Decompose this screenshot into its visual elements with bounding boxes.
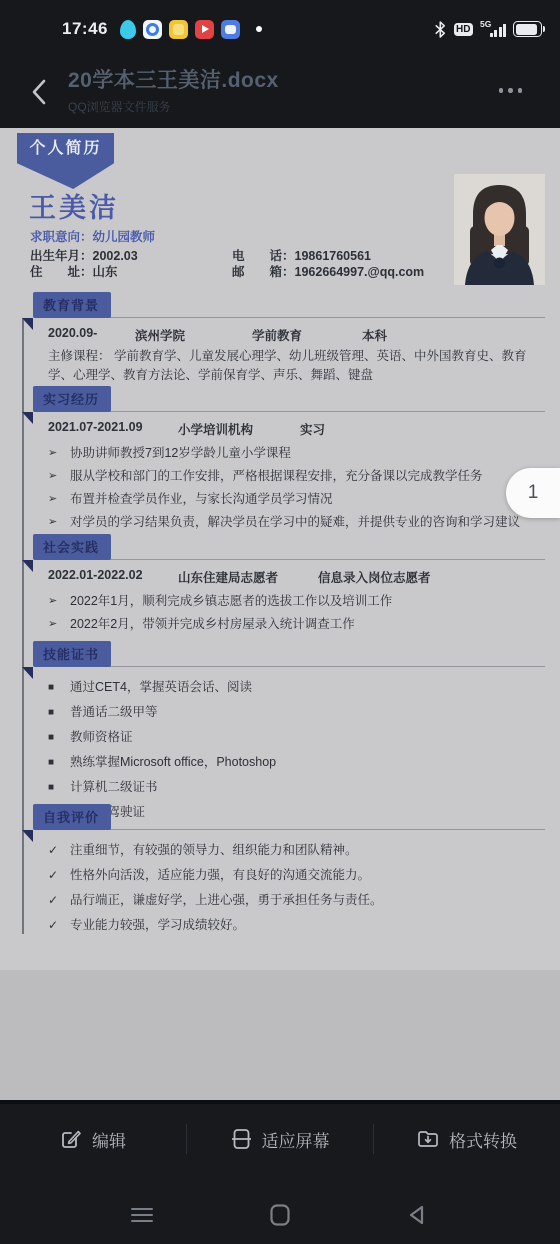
video-play-icon: [195, 20, 214, 39]
bullet-item: ➢2022年1月，顺利完成乡镇志愿者的选拔工作以及培训工作: [48, 590, 545, 613]
edu-degree: 本科: [362, 326, 387, 344]
edit-icon: [60, 1128, 82, 1150]
address-field: 住 址：山东: [30, 265, 232, 281]
contact-info: 出生年月：2002.03 电 话：19861760561 住 址：山东 邮 箱：…: [30, 249, 440, 280]
square-bullet-icon: ■: [48, 775, 70, 800]
section-tag-skills: 技能证书: [33, 641, 111, 667]
section-tag-social: 社会实践: [33, 534, 111, 560]
battery-icon: [513, 21, 542, 37]
section-tag-internship: 实习经历: [33, 386, 111, 412]
intern-date: 2021.07-2021.09: [48, 420, 178, 438]
qq-penguin-icon: [120, 20, 136, 39]
check-bullet-icon: ✓: [48, 838, 70, 863]
internship-body: 2021.07-2021.09 小学培训机构 实习 ➢协助讲师教授7到12岁学龄…: [48, 420, 545, 534]
bullet-item: ➢布置并检查学员作业，与家长沟通学员学习情况: [48, 488, 545, 511]
tag-fold: [22, 560, 33, 572]
intern-org: 小学培训机构: [178, 420, 300, 438]
check-bullet-icon: ✓: [48, 863, 70, 888]
tag-fold: [22, 412, 33, 424]
skill-item: ■普通话二级甲等: [48, 700, 545, 725]
signal-icon: 5G: [480, 20, 506, 39]
fit-screen-button[interactable]: 适应屏幕: [187, 1127, 373, 1152]
yellow-app-icon: [169, 20, 188, 39]
more-menu-button[interactable]: [493, 82, 529, 99]
skills-list: ■通过CET4，掌握英语会话、阅读 ■普通话二级甲等 ■教师资格证 ■熟练掌握M…: [48, 675, 545, 825]
section-tag-education: 教育背景: [33, 292, 111, 318]
arrow-bullet-icon: ➢: [48, 590, 70, 613]
format-convert-icon: [417, 1128, 439, 1150]
fit-screen-label: 适应屏幕: [262, 1127, 330, 1152]
section-head: 教育背景: [33, 294, 545, 320]
service-subtitle: QQ浏览器文件服务: [68, 98, 480, 115]
recents-button[interactable]: [122, 1195, 162, 1235]
social-role: 信息录入岗位志愿者: [318, 568, 431, 586]
back-nav-button[interactable]: [398, 1195, 438, 1235]
edu-courses: 主修课程： 学前教育学、儿童发展心理学、幼儿班级管理、英语、中外国教育史、教育学…: [48, 347, 545, 384]
job-objective: 求职意向：幼儿园教师: [30, 227, 155, 245]
document-page: 个人简历 王美洁 求职意向：幼儿园教师 出生年月：2002.03 电 话：198…: [0, 128, 560, 970]
edu-school: 滨州学院: [135, 326, 252, 344]
evaluation-item: ✓性格外向活泼，适应能力强，有良好的沟通交流能力。: [48, 863, 545, 888]
profile-photo: [454, 174, 545, 285]
arrow-bullet-icon: ➢: [48, 465, 70, 488]
section-head: 社会实践: [33, 536, 545, 562]
edu-major: 学前教育: [252, 326, 362, 344]
back-triangle-icon: [406, 1203, 430, 1227]
edit-label: 编辑: [92, 1127, 126, 1152]
status-right: HD 5G: [434, 12, 542, 46]
format-convert-label: 格式转换: [449, 1127, 517, 1152]
birth-field: 出生年月：2002.03: [30, 249, 232, 265]
app-header: 20学本三王美洁.docx QQ浏览器文件服务: [0, 56, 560, 128]
resume-banner: 个人简历: [17, 133, 114, 189]
square-bullet-icon: ■: [48, 725, 70, 750]
fit-screen-icon: [231, 1128, 252, 1150]
skill-item: ■熟练掌握Microsoft office，Photoshop: [48, 750, 545, 775]
candidate-name: 王美洁: [29, 186, 119, 225]
tag-fold: [22, 667, 33, 679]
square-bullet-icon: ■: [48, 750, 70, 775]
signal-bars: [490, 24, 507, 37]
bullet-item: ➢协助讲师教授7到12岁学龄儿童小学课程: [48, 442, 545, 465]
skill-item: ■通过CET4，掌握英语会话、阅读: [48, 675, 545, 700]
hd-badge: HD: [454, 23, 473, 36]
evaluation-item: ✓注重细节，有较强的领导力、组织能力和团队精神。: [48, 838, 545, 863]
arrow-bullet-icon: ➢: [48, 442, 70, 465]
section-tag-evaluation: 自我评价: [33, 804, 111, 830]
back-button[interactable]: [22, 72, 56, 112]
tag-fold: [22, 830, 33, 842]
phone-field: 电 话：19861760561: [232, 249, 371, 265]
top-bar: 17:46 HD 5G: [0, 0, 560, 128]
edu-date: 2020.09-: [48, 326, 135, 344]
section-rule: [35, 317, 545, 318]
clock: 17:46: [62, 19, 108, 39]
skill-item: ■计算机二级证书: [48, 775, 545, 800]
arrow-bullet-icon: ➢: [48, 511, 70, 534]
home-button[interactable]: [260, 1195, 300, 1235]
notification-icons: [120, 20, 262, 39]
section-head: 实习经历: [33, 388, 545, 414]
menu-icon: [130, 1205, 154, 1225]
info-row: 住 址：山东 邮 箱：1962664997.@qq.com: [30, 265, 440, 281]
intern-role: 实习: [300, 420, 325, 438]
ellipsis-icon: [499, 88, 504, 93]
evaluation-list: ✓注重细节，有较强的领导力、组织能力和团队精神。 ✓性格外向活泼，适应能力强，有…: [48, 838, 545, 938]
message-app-icon: [221, 20, 240, 39]
evaluation-body: ✓注重细节，有较强的领导力、组织能力和团队精神。 ✓性格外向活泼，适应能力强，有…: [48, 838, 545, 938]
bullet-item: ➢服从学校和部门的工作安排，严格根据课程安排，充分备课以完成教学任务: [48, 465, 545, 488]
section-head: 技能证书: [33, 643, 545, 669]
bluetooth-icon: [434, 21, 447, 38]
home-square-icon: [268, 1203, 292, 1227]
tag-fold: [22, 318, 33, 330]
section-rule: [35, 666, 545, 667]
section-rule: [35, 411, 545, 412]
social-org: 山东住建局志愿者: [178, 568, 318, 586]
evaluation-item: ✓专业能力较强，学习成绩较好。: [48, 913, 545, 938]
skills-body: ■通过CET4，掌握英语会话、阅读 ■普通话二级甲等 ■教师资格证 ■熟练掌握M…: [48, 675, 545, 825]
arrow-bullet-icon: ➢: [48, 613, 70, 636]
social-bullets: ➢2022年1月，顺利完成乡镇志愿者的选拔工作以及培训工作 ➢2022年2月，带…: [48, 590, 545, 636]
edit-button[interactable]: 编辑: [0, 1127, 186, 1152]
bullet-item: ➢2022年2月，带领并完成乡村房屋录入统计调查工作: [48, 613, 545, 636]
section-social: 社会实践 2022.01-2022.02 山东住建局志愿者 信息录入岗位志愿者 …: [0, 536, 560, 636]
skill-item: ■教师资格证: [48, 725, 545, 750]
section-head: 自我评价: [33, 806, 545, 832]
chevron-left-icon: [31, 78, 47, 106]
document-title: 20学本三王美洁.docx: [68, 64, 480, 94]
section-rule: [35, 829, 545, 830]
section-education: 教育背景 2020.09- 滨州学院 学前教育 本科 主修课程： 学前教育学、儿…: [0, 294, 560, 384]
evaluation-item: ✓品行端正，谦虚好学，上进心强，勇于承担任务与责任。: [48, 888, 545, 913]
navigation-bar: [0, 1192, 560, 1238]
education-body: 2020.09- 滨州学院 学前教育 本科 主修课程： 学前教育学、儿童发展心理…: [48, 326, 545, 384]
info-row: 出生年月：2002.03 电 话：19861760561: [30, 249, 440, 265]
notification-dot-icon: [256, 26, 262, 32]
format-convert-button[interactable]: 格式转换: [374, 1127, 560, 1152]
qq-browser-icon: [143, 20, 162, 39]
page-indicator[interactable]: 1: [506, 468, 560, 518]
section-skills: 技能证书 ■通过CET4，掌握英语会话、阅读 ■普通话二级甲等 ■教师资格证 ■…: [0, 643, 560, 825]
social-body: 2022.01-2022.02 山东住建局志愿者 信息录入岗位志愿者 ➢2022…: [48, 568, 545, 636]
internship-row: 2021.07-2021.09 小学培训机构 实习: [48, 420, 545, 438]
status-bar: 17:46 HD 5G: [0, 12, 560, 46]
education-row: 2020.09- 滨州学院 学前教育 本科: [48, 326, 545, 344]
social-row: 2022.01-2022.02 山东住建局志愿者 信息录入岗位志愿者: [48, 568, 545, 586]
toolbar: 编辑 适应屏幕 格式转换: [0, 1112, 560, 1166]
bullet-item: ➢对学员的学习结果负责，解决学员在学习中的疑难，并提供专业的咨询和学习建议: [48, 511, 545, 534]
section-evaluation: 自我评价 ✓注重细节，有较强的领导力、组织能力和团队精神。 ✓性格外向活泼，适应…: [0, 806, 560, 938]
square-bullet-icon: ■: [48, 675, 70, 700]
check-bullet-icon: ✓: [48, 913, 70, 938]
email-field: 邮 箱：1962664997.@qq.com: [232, 265, 424, 281]
screen: { "colors": { "accent_blue": "#4a5c9e", …: [0, 0, 560, 1244]
title-block: 20学本三王美洁.docx QQ浏览器文件服务: [68, 64, 480, 115]
social-date: 2022.01-2022.02: [48, 568, 178, 586]
internship-bullets: ➢协助讲师教授7到12岁学龄儿童小学课程 ➢服从学校和部门的工作安排，严格根据课…: [48, 442, 545, 534]
check-bullet-icon: ✓: [48, 888, 70, 913]
bottom-bar: 编辑 适应屏幕 格式转换: [0, 1100, 560, 1244]
section-rule: [35, 559, 545, 560]
arrow-bullet-icon: ➢: [48, 488, 70, 511]
square-bullet-icon: ■: [48, 700, 70, 725]
section-internship: 实习经历 2021.07-2021.09 小学培训机构 实习 ➢协助讲师教授7到…: [0, 388, 560, 534]
